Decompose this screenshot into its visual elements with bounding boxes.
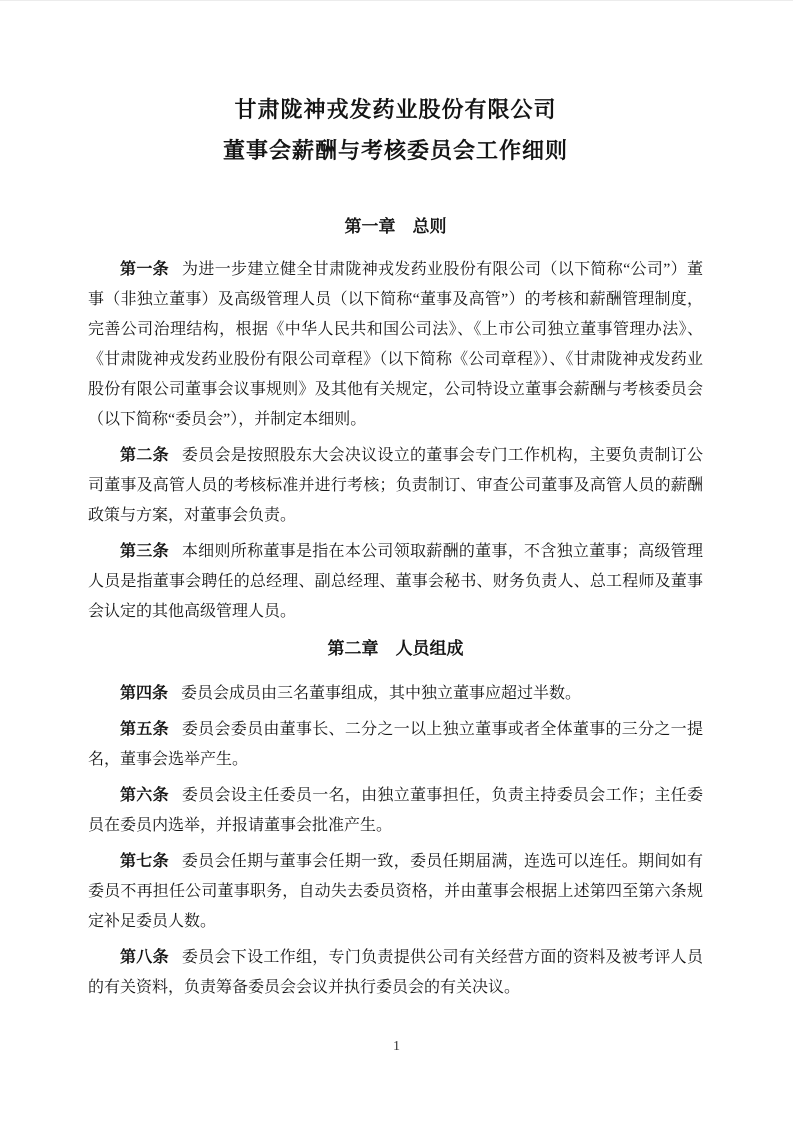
article-5-number: 第五条 [120,721,169,738]
document-title-line2: 董事会薪酬与考核委员会工作细则 [88,130,703,171]
article-2-text: 委员会是按照股东大会决议设立的董事会专门工作机构，主要负责制订公司董事及高管人员… [88,447,703,524]
article-7: 第七条委员会任期与董事会任期一致，委员任期届满，连选可以连任。期间如有委员不再担… [88,847,703,937]
page-footer: 1 [0,1037,793,1057]
article-6-text: 委员会设主任委员一名，由独立董事担任，负责主持委员会工作；主任委员在委员内选举，… [88,787,703,834]
document-page: 甘肃陇神戎发药业股份有限公司 董事会薪酬与考核委员会工作细则 第一章 总则 第一… [0,0,793,1122]
article-8: 第八条委员会下设工作组，专门负责提供公司有关经营方面的资料及被考评人员的有关资料… [88,943,703,1003]
article-7-number: 第七条 [120,853,169,870]
article-5: 第五条委员会委员由董事长、二分之一以上独立董事或者全体董事的三分之一提名，董事会… [88,715,703,775]
chapter-2-heading: 第二章 人员组成 [88,634,703,664]
article-1-number: 第一条 [120,261,169,278]
article-2: 第二条委员会是按照股东大会决议设立的董事会专门工作机构，主要负责制订公司董事及高… [88,441,703,531]
article-5-text: 委员会委员由董事长、二分之一以上独立董事或者全体董事的三分之一提名，董事会选举产… [88,721,703,768]
chapter-1-heading: 第一章 总则 [88,212,703,242]
article-3-number: 第三条 [120,543,169,560]
article-1-text: 为进一步建立健全甘肃陇神戎发药业股份有限公司（以下简称“公司”）董事（非独立董事… [88,261,703,428]
article-7-text: 委员会任期与董事会任期一致，委员任期届满，连选可以连任。期间如有委员不再担任公司… [88,853,703,930]
article-4: 第四条委员会成员由三名董事组成，其中独立董事应超过半数。 [88,679,703,709]
article-8-text: 委员会下设工作组，专门负责提供公司有关经营方面的资料及被考评人员的有关资料，负责… [88,949,703,996]
article-6-number: 第六条 [120,787,169,804]
article-2-number: 第二条 [120,447,169,464]
article-3: 第三条本细则所称董事是指在本公司领取薪酬的董事，不含独立董事；高级管理人员是指董… [88,537,703,627]
article-8-number: 第八条 [120,949,169,966]
document-header: 甘肃陇神戎发药业股份有限公司 董事会薪酬与考核委员会工作细则 [88,89,703,171]
page-number: 1 [393,1039,400,1054]
article-4-text: 委员会成员由三名董事组成，其中独立董事应超过半数。 [181,685,581,702]
article-4-number: 第四条 [120,685,168,702]
article-3-text: 本细则所称董事是指在本公司领取薪酬的董事，不含独立董事；高级管理人员是指董事会聘… [88,543,703,620]
article-6: 第六条委员会设主任委员一名，由独立董事担任，负责主持委员会工作；主任委员在委员内… [88,781,703,841]
document-title-line1: 甘肃陇神戎发药业股份有限公司 [88,89,703,130]
article-1: 第一条为进一步建立健全甘肃陇神戎发药业股份有限公司（以下简称“公司”）董事（非独… [88,255,703,435]
